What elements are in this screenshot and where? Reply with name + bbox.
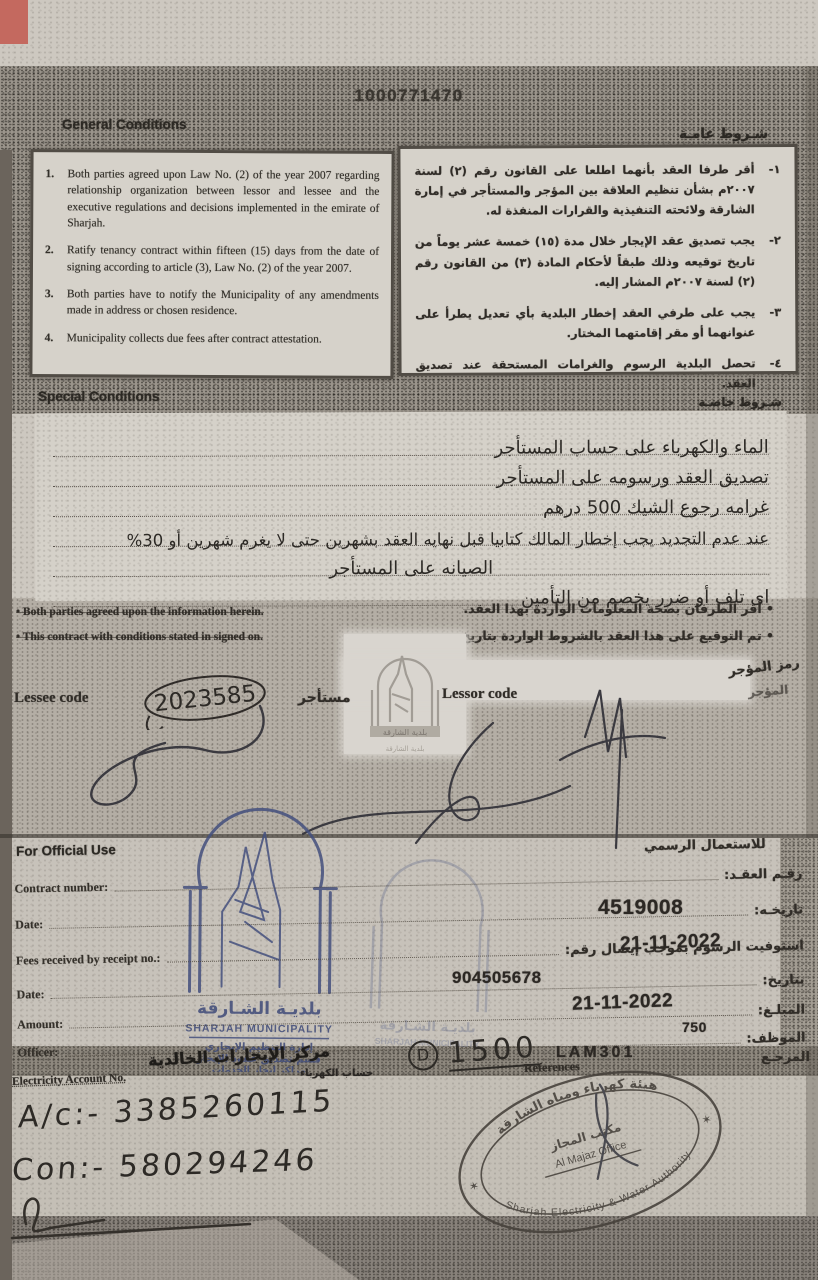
condition-number: 1.	[45, 166, 67, 231]
condition-number: ١-	[754, 159, 780, 220]
row-label-ar: المبلـغ:	[758, 1002, 805, 1018]
condition-number: ٣-	[755, 302, 781, 342]
special-condition-line-1: الماء والكهرباء على حساب المستأجر	[53, 425, 769, 457]
agreement-text: This contract with conditions stated in …	[23, 631, 263, 643]
bullet: •	[16, 631, 23, 643]
general-conditions-box-en: 1. Both parties agreed upon Law No. (2) …	[29, 149, 394, 379]
condition-number: 2.	[45, 242, 67, 275]
bullet: •	[16, 606, 23, 618]
official-use-title-ar: للاستعمال الرسمي	[644, 837, 766, 854]
dotted-line	[69, 1013, 752, 1028]
condition-text: أقر طرفا العقد بأنهما اطلعا على القانون …	[414, 159, 754, 221]
receipt-number-value: 4519008	[598, 896, 683, 920]
condition-en-3: 3. Both parties have to notify the Munic…	[45, 286, 379, 320]
special-condition-line-4: عند عدم التجديد يجب إخطار المالك كتابيا …	[53, 515, 769, 547]
lessor-code-label: Lessor code	[442, 686, 517, 703]
red-corner-mark	[0, 0, 28, 44]
condition-number: ٤-	[755, 353, 781, 393]
circled-letter-mark: D	[407, 1039, 439, 1071]
row-contract-number: Contract number:رقـم العقـد:	[14, 866, 802, 896]
condition-text: Both parties have to notify the Municipa…	[67, 286, 379, 320]
agreement-line-2-en: • This contract with conditions stated i…	[16, 631, 263, 643]
condition-text: يجب على طرفي العقد إخطار البلدية بأي تعد…	[415, 302, 755, 344]
row-label-en: Date:	[15, 917, 43, 933]
receipt-number-2-value: 904505678	[452, 968, 542, 988]
condition-en-1: 1. Both parties agreed upon Law No. (2) …	[45, 166, 379, 233]
dotted-line	[166, 953, 559, 963]
bullet: •	[762, 628, 774, 643]
condition-ar-3: ٣- يجب على طرفي العقد إخطار البلدية بأي …	[415, 302, 781, 344]
general-conditions-title-en: General Conditions	[62, 117, 187, 132]
special-condition-line-2: تصديق العقد ورسومه على المستأجر	[53, 455, 769, 487]
condition-number: 4.	[45, 330, 67, 346]
row-date-2: Date:بتاريخ:	[16, 972, 804, 1002]
left-edge-shadow	[0, 150, 12, 1280]
special-conditions-box: الماء والكهرباء على حساب المستأجر تصديق …	[35, 411, 788, 602]
row-label-en: Amount:	[17, 1017, 63, 1033]
agreement-line-2-ar: • تم التوقيع على هذا العقد بالشروط الوار…	[461, 628, 774, 643]
special-conditions-title-ar: شـروط خاصـة	[698, 395, 782, 409]
row-label-en: Officer:	[18, 1045, 59, 1061]
row-label-ar: الموظف:	[746, 1030, 805, 1046]
special-condition-line-3: غرامه رجوع الشيك 500 درهم	[53, 485, 769, 517]
lessor-label-ar-faint: المؤجر	[747, 683, 788, 700]
condition-number: ٢-	[755, 230, 781, 291]
agreement-line-1-en: • Both parties agreed upon the informati…	[16, 606, 264, 618]
row-date-1: Date:تاريخـه:	[15, 902, 803, 932]
official-use-title-en: For Official Use	[16, 842, 116, 859]
condition-text: Ratify tenancy contract within fifteen (…	[67, 243, 379, 277]
special-condition-line-5: الصيانه على المستأجر	[53, 545, 769, 577]
receipt-date-value: 21-11-2022	[620, 930, 722, 956]
reference-label-ar: المرجـع	[761, 1050, 810, 1065]
row-label-en: Fees received by receipt no.:	[16, 951, 161, 969]
condition-en-4: 4. Municipality collects due fees after …	[45, 330, 379, 348]
row-label-ar: رقـم العقـد:	[724, 866, 803, 883]
bottom-signature	[8, 1182, 258, 1244]
star-right: ✶	[700, 1111, 714, 1127]
scanned-tenancy-contract: 1000771470 General Conditions شـروط عامـ…	[0, 0, 818, 1280]
svg-text:مراكز إنجاز الخدمات: مراكز إنجاز الخدمات	[212, 1065, 306, 1073]
barcode-number: 1000771470	[0, 86, 818, 106]
electricity-account-ar: حساب الكهرباء	[300, 1068, 373, 1079]
agreement-text: تم التوقيع على هذا العقد بالشروط الواردة…	[461, 628, 761, 643]
general-conditions-box-ar: ١- أقر طرفا العقد بأنهما اطلعا على القان…	[397, 144, 798, 376]
bullet: •	[762, 601, 774, 616]
condition-ar-2: ٢- يجب تصديق عقد الإيجار خلال مدة (١٥) خ…	[415, 230, 781, 292]
condition-en-2: 2. Ratify tenancy contract within fiftee…	[45, 242, 379, 276]
special-conditions-title-en: Special Conditions	[38, 389, 160, 404]
dotted-line	[114, 878, 718, 892]
condition-ar-1: ١- أقر طرفا العقد بأنهما اطلعا على القان…	[414, 159, 780, 221]
general-conditions-title-ar: شـروط عامـة	[679, 126, 768, 142]
row-label-ar: بتاريخ:	[762, 972, 804, 988]
star-left: ✶	[467, 1178, 481, 1194]
agreement-line-1-ar: • أقر الطرفان بصحة المعلومات الواردة بهذ…	[463, 601, 774, 616]
condition-text: Both parties agreed upon Law No. (2) of …	[67, 166, 379, 233]
condition-text: Municipality collects due fees after con…	[67, 330, 379, 348]
condition-text: تحصل البلدية الرسوم والغرامات المستحقة ع…	[415, 353, 755, 395]
receipt-date-2-value: 21-11-2022	[572, 990, 674, 1016]
agreement-text: أقر الطرفان بصحة المعلومات الواردة بهذا …	[463, 601, 761, 616]
row-label-en: Contract number:	[14, 880, 108, 897]
row-label-en: Date:	[16, 987, 44, 1003]
condition-text: يجب تصديق عقد الإيجار خلال مدة (١٥) خمسة…	[415, 231, 755, 293]
condition-ar-4: ٤- تحصل البلدية الرسوم والغرامات المستحق…	[415, 353, 781, 395]
condition-number: 3.	[45, 286, 67, 319]
agreement-text: Both parties agreed upon the information…	[23, 606, 264, 618]
row-label-ar: تاريخـه:	[754, 902, 803, 918]
lessee-label-ar: مستأجر	[298, 690, 351, 706]
